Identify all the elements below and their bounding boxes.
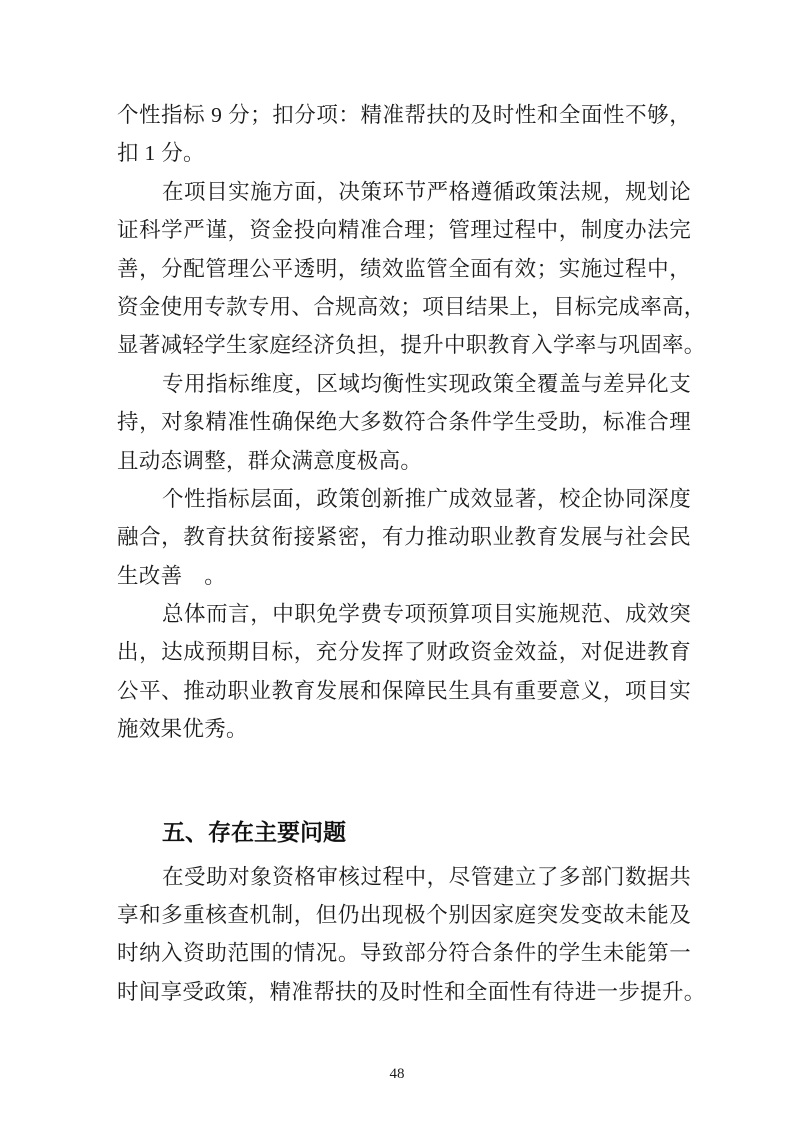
paragraph: 个性指标 9 分；扣分项：精准帮扶的及时性和全面性不够， 扣 1 分。 <box>117 96 691 173</box>
text-line: 享和多重核查机制，但仍出现极个别因家庭突发变故未能及 <box>117 896 691 934</box>
paragraph: 专用指标维度，区域均衡性实现政策全覆盖与差异化支 持，对象精准性确保绝大多数符合… <box>117 365 691 480</box>
paragraph: 总体而言，中职免学费专项预算项目实施规范、成效突 出，达成预期目标，充分发挥了财… <box>117 595 691 749</box>
text-line: 时间享受政策，精准帮扶的及时性和全面性有待进一步提升。 <box>117 973 691 1011</box>
paragraph: 在受助对象资格审核过程中，尽管建立了多部门数据共 享和多重核查机制，但仍出现极个… <box>117 858 691 1012</box>
text-line: 时纳入资助范围的情况。导致部分符合条件的学生未能第一 <box>117 934 691 972</box>
text-line: 总体而言，中职免学费专项预算项目实施规范、成效突 <box>117 595 691 633</box>
text-line: 在受助对象资格审核过程中，尽管建立了多部门数据共 <box>117 858 691 896</box>
page-number: 48 <box>0 1066 794 1083</box>
section-heading: 五、存在主要问题 <box>117 813 691 853</box>
text-line: 个性指标 9 分；扣分项：精准帮扶的及时性和全面性不够， <box>117 96 691 134</box>
text-line: 显著减轻学生家庭经济负担，提升中职教育入学率与巩固率。 <box>117 326 691 364</box>
document-body: 个性指标 9 分；扣分项：精准帮扶的及时性和全面性不够， 扣 1 分。 在项目实… <box>117 96 691 1011</box>
text-line: 持，对象精准性确保绝大多数符合条件学生受助，标准合理 <box>117 403 691 441</box>
text-line: 资金使用专款专用、合规高效；项目结果上，目标完成率高， <box>117 288 691 326</box>
text-line: 且动态调整，群众满意度极高。 <box>117 442 691 480</box>
text-line: 个性指标层面，政策创新推广成效显著，校企协同深度 <box>117 480 691 518</box>
text-line: 专用指标维度，区域均衡性实现政策全覆盖与差异化支 <box>117 365 691 403</box>
text-line: 出，达成预期目标，充分发挥了财政资金效益，对促进教育 <box>117 633 691 671</box>
paragraph: 在项目实施方面，决策环节严格遵循政策法规，规划论 证科学严谨，资金投向精准合理；… <box>117 173 691 365</box>
text-line: 证科学严谨，资金投向精准合理；管理过程中，制度办法完 <box>117 211 691 249</box>
text-line: 在项目实施方面，决策环节严格遵循政策法规，规划论 <box>117 173 691 211</box>
text-line: 融合，教育扶贫衔接紧密，有力推动职业教育发展与社会民 <box>117 518 691 556</box>
document-page: 个性指标 9 分；扣分项：精准帮扶的及时性和全面性不够， 扣 1 分。 在项目实… <box>0 0 794 1123</box>
paragraph: 个性指标层面，政策创新推广成效显著，校企协同深度 融合，教育扶贫衔接紧密，有力推… <box>117 480 691 595</box>
text-line: 生改善 。 <box>117 557 691 595</box>
text-line: 善，分配管理公平透明，绩效监管全面有效；实施过程中， <box>117 250 691 288</box>
text-line: 扣 1 分。 <box>117 134 691 172</box>
text-line: 公平、推动职业教育发展和保障民生具有重要意义，项目实 <box>117 672 691 710</box>
text-line: 施效果优秀。 <box>117 710 691 748</box>
